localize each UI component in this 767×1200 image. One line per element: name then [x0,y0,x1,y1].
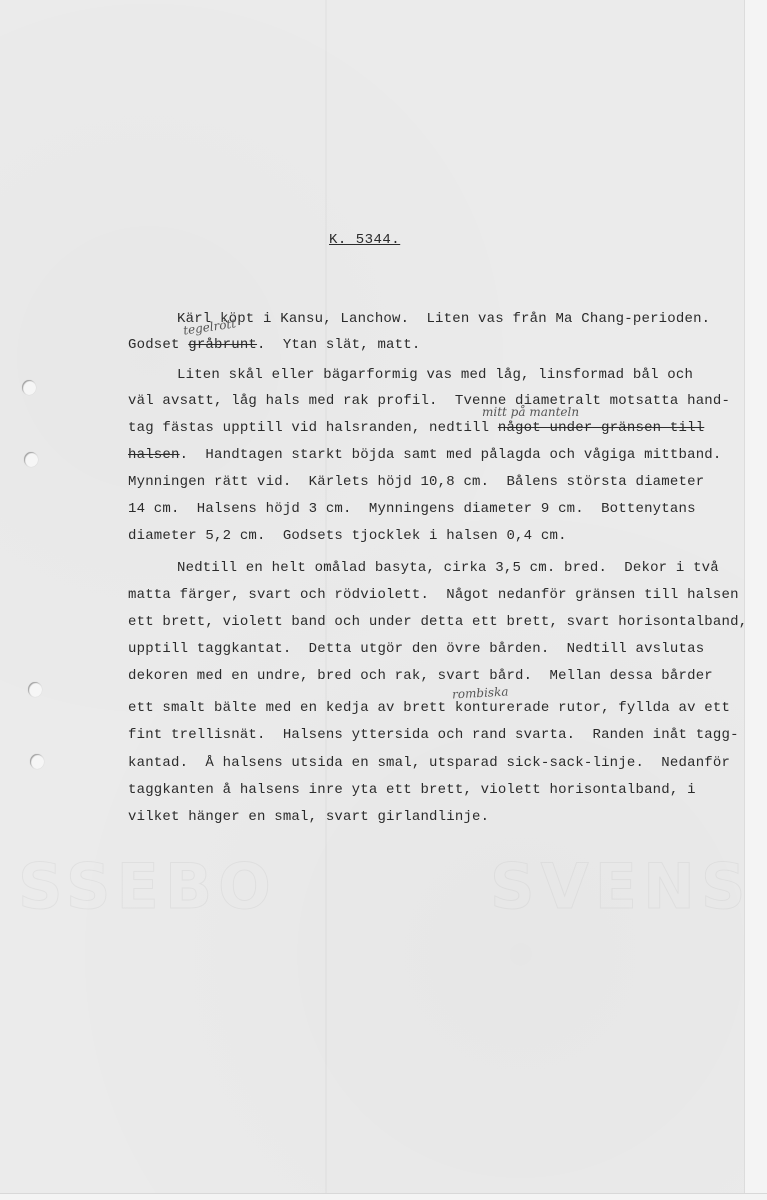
handwritten-insertion: rombiska [452,685,509,702]
text-fragment: Godset [128,337,188,353]
text-line: Liten skål eller bägarformig vas med låg… [177,367,693,383]
text-fragment: . Handtagen starkt böjda samt med pålagd… [180,447,722,463]
text-fragment: tag fästas upptill vid halsranden, nedti… [128,420,498,436]
text-line: kantad. Å halsens utsida en smal, utspar… [128,755,730,771]
struck-text: halsen [128,447,180,463]
text-line: Mynningen rätt vid. Kärlets höjd 10,8 cm… [128,474,704,490]
text-line: fint trellisnät. Halsens yttersida och r… [128,727,739,743]
text-line: upptill taggkantat. Detta utgör den övre… [128,641,704,657]
text-line: Nedtill en helt omålad basyta, cirka 3,5… [177,560,719,576]
catalog-number-heading: K. 5344. [329,232,400,248]
punch-hole [30,754,44,769]
text-fragment: . Ytan slät, matt. [257,337,420,353]
text-line: matta färger, svart och rödviolett. Någo… [128,587,739,603]
text-line: taggkanten å halsens inre yta ett brett,… [128,782,696,798]
punch-hole [24,452,38,467]
text-line: diameter 5,2 cm. Godsets tjocklek i hals… [128,528,567,544]
text-line: ett brett, violett band och under detta … [128,614,747,630]
text-line: 14 cm. Halsens höjd 3 cm. Mynningens dia… [128,501,696,517]
watermark-left: SSEBO [18,850,277,923]
text-line: Kärl köpt i Kansu, Lanchow. Liten vas fr… [177,311,710,327]
text-line: ett smalt bälte med en kedja av brett ko… [128,700,730,716]
text-line: tag fästas upptill vid halsranden, nedti… [128,420,704,436]
punch-hole [28,682,42,697]
text-line: halsen. Handtagen starkt böjda samt med … [128,447,722,463]
handwritten-correction: mitt på manteln [482,405,579,419]
scan-margin-right [744,0,767,1200]
struck-text: gråbrunt [188,337,257,353]
punch-hole [22,380,36,395]
text-line: Godset gråbrunt. Ytan slät, matt. [128,337,420,353]
text-line: vilket hänger en smal, svart girlandlinj… [128,809,489,825]
scan-margin-bottom [0,1193,767,1200]
text-line: dekoren med en undre, bred och rak, svar… [128,668,713,684]
document-page: SSEBO SVENSK K. 5344. Kärl köpt i Kansu,… [0,0,744,1193]
text-line: väl avsatt, låg hals med rak profil. Tve… [128,393,730,409]
watermark-right: SVENSK [490,850,767,923]
struck-text: något under gränsen till [498,420,704,436]
